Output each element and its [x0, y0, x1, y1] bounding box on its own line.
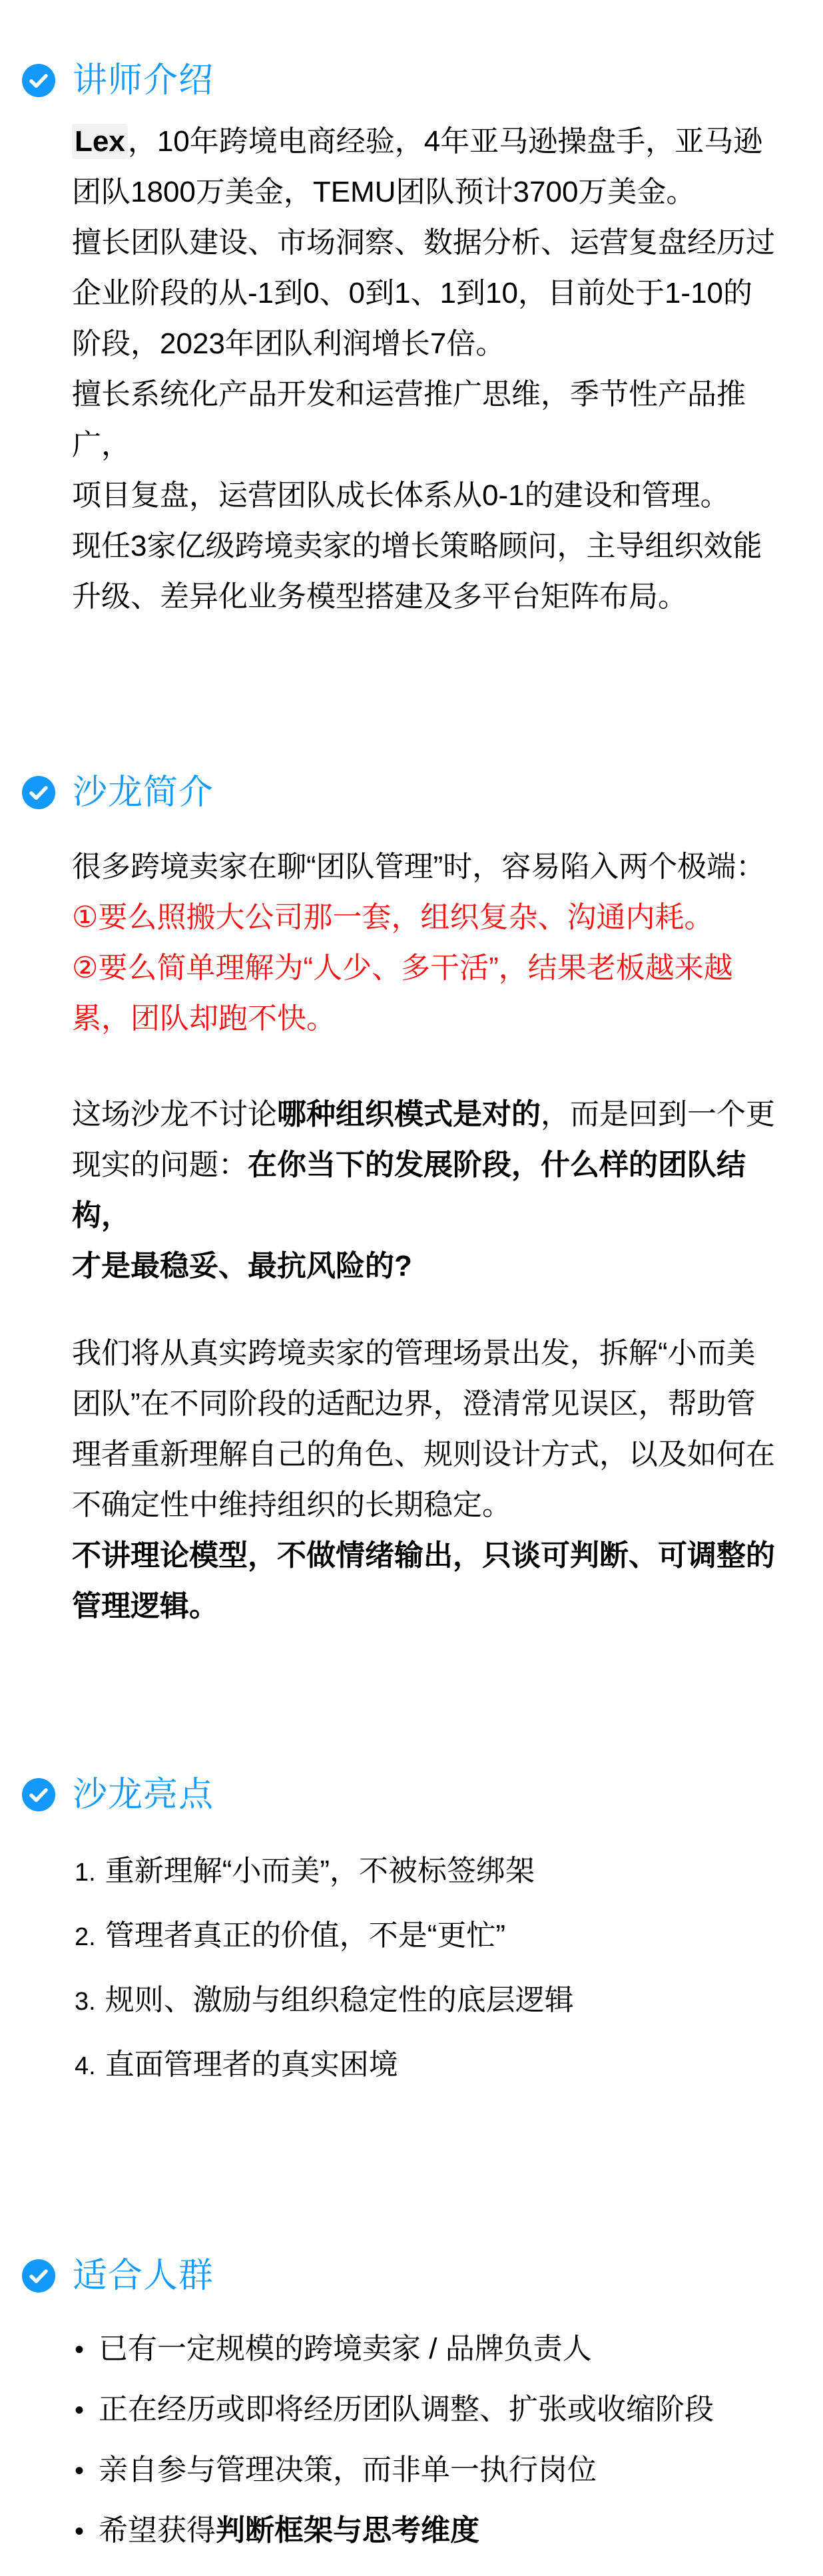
section-title: 讲师介绍 [73, 55, 214, 106]
list-item-text: 亲自参与管理决策，而非单一执行岗位 [99, 2445, 597, 2495]
list-item: •正在经历或即将经历团队调整、扩张或收缩阶段 [75, 2384, 796, 2436]
text-run: 累，团队却跑不快。 [72, 1002, 336, 1035]
text-run: 规则、激励与组织稳定性的底层逻辑 [105, 1984, 574, 2016]
text-run: 不确定性中维持组织的长期稳定。 [72, 1489, 511, 1521]
section-lecturer-intro: 讲师介绍 Lex，10年跨境电商经验，4年亚马逊操盘手，亚马逊团队1800万美金… [22, 55, 796, 622]
section-target-audience: 适合人群 •已有一定规模的跨境卖家 / 品牌负责人•正在经历或即将经历团队调整、… [22, 2251, 796, 2557]
list-item-text: 直面管理者的真实困境 [105, 2040, 398, 2090]
list-item: •亲自参与管理决策，而非单一执行岗位 [75, 2445, 796, 2496]
section-body: •已有一定规模的跨境卖家 / 品牌负责人•正在经历或即将经历团队调整、扩张或收缩… [72, 2324, 796, 2557]
text-run: ，而是回到一个更 [541, 1098, 775, 1131]
text-run: 理者重新理解自己的角色、规则设计方式，以及如何在 [72, 1438, 775, 1471]
section-heading-row: 讲师介绍 [22, 55, 796, 106]
text-run: ，10年跨境电商经验，4年亚马逊操盘手，亚马逊 [128, 125, 762, 158]
bullet-marker: • [75, 2506, 84, 2557]
list-item: •已有一定规模的跨境卖家 / 品牌负责人 [75, 2324, 796, 2375]
section-heading-row: 沙龙简介 [22, 767, 796, 818]
check-circle-icon [22, 776, 55, 809]
paragraph: 我们将从真实跨境卖家的管理场景出发，拆解“小而美团队”在不同阶段的适配边界，澄清… [72, 1328, 796, 1632]
paragraph: Lex，10年跨境电商经验，4年亚马逊操盘手，亚马逊团队1800万美金，TEMU… [72, 116, 796, 622]
section-title: 沙龙简介 [73, 767, 214, 818]
list-item-text: 规则、激励与组织稳定性的底层逻辑 [105, 1975, 574, 2026]
text-run: 管理逻辑。 [72, 1590, 218, 1622]
text-run: 直面管理者的真实困境 [105, 2048, 398, 2081]
list-number-marker: 4. [75, 2041, 96, 2092]
text-run: 团队”在不同阶段的适配边界，澄清常见误区，帮助管 [72, 1387, 756, 1420]
text-run: 企业阶段的从-1到0、0到1、1到10，目前处于1-10的 [72, 277, 752, 309]
text-run: 很多跨境卖家在聊“团队管理”时，容易陷入两个极端： [72, 850, 765, 883]
check-circle-icon [22, 1778, 55, 1811]
ordered-list: 1.重新理解“小而美”，不被标签绑架2.管理者真正的价值，不是“更忙”3.规则、… [75, 1846, 796, 2092]
text-run: 不讲理论模型，不做情绪输出，只谈可判断、可调整的 [72, 1539, 775, 1572]
text-run: 亲自参与管理决策，而非单一执行岗位 [99, 2454, 597, 2486]
check-circle-icon [22, 64, 55, 97]
text-run: 哪种组织模式是对的 [277, 1098, 541, 1131]
list-number-marker: 3. [75, 1976, 96, 2027]
text-run: 希望获得 [99, 2514, 216, 2547]
check-circle-icon [22, 2259, 55, 2293]
text-run: 团队1800万美金，TEMU团队预计3700万美金。 [72, 176, 695, 208]
list-item-text: 正在经历或即将经历团队调整、扩张或收缩阶段 [99, 2384, 714, 2435]
section-heading-row: 适合人群 [22, 2251, 796, 2301]
section-salon-highlights: 沙龙亮点 1.重新理解“小而美”，不被标签绑架2.管理者真正的价值，不是“更忙”… [22, 1769, 796, 2092]
text-run: Lex [72, 124, 128, 159]
list-item: 4.直面管理者的真实困境 [75, 2040, 796, 2092]
bullet-marker: • [75, 2446, 84, 2496]
text-run: 正在经历或即将经历团队调整、扩张或收缩阶段 [99, 2393, 714, 2426]
bullet-marker: • [75, 2385, 84, 2436]
bullet-marker: • [75, 2324, 84, 2375]
text-run: 判断框架与思考维度 [216, 2514, 479, 2547]
list-item: 2.管理者真正的价值，不是“更忙” [75, 1911, 796, 1962]
text-run: ②要么简单理解为“人少、多干活”，结果老板越来越 [72, 952, 733, 984]
paragraph: 这场沙龙不讨论哪种组织模式是对的，而是回到一个更现实的问题：在你当下的发展阶段，… [72, 1089, 796, 1292]
text-run: 升级、差异化业务模型搭建及多平台矩阵布局。 [72, 580, 687, 613]
list-item: 1.重新理解“小而美”，不被标签绑架 [75, 1846, 796, 1898]
list-number-marker: 1. [75, 1847, 96, 1898]
list-item-text: 希望获得判断框架与思考维度 [99, 2505, 479, 2556]
text-run: 项目复盘，运营团队成长体系从0-1的建设和管理。 [72, 479, 730, 512]
section-body: Lex，10年跨境电商经验，4年亚马逊操盘手，亚马逊团队1800万美金，TEMU… [72, 116, 796, 622]
list-number-marker: 2. [75, 1912, 96, 1962]
section-heading-row: 沙龙亮点 [22, 1769, 796, 1820]
section-body: 1.重新理解“小而美”，不被标签绑架2.管理者真正的价值，不是“更忙”3.规则、… [72, 1846, 796, 2092]
list-item-text: 重新理解“小而美”，不被标签绑架 [105, 1846, 535, 1897]
text-run: 阶段，2023年团队利润增长7倍。 [72, 327, 505, 360]
section-title: 沙龙亮点 [73, 1769, 214, 1820]
section-salon-intro: 沙龙简介 很多跨境卖家在聊“团队管理”时，容易陷入两个极端：①要么照搬大公司那一… [22, 767, 796, 1632]
text-run: 现实的问题： [72, 1149, 248, 1181]
text-run: 管理者真正的价值，不是“更忙” [105, 1919, 505, 1952]
text-run: ①要么照搬大公司那一套，组织复杂、沟通内耗。 [72, 901, 713, 934]
text-run: 擅长团队建设、市场洞察、数据分析、运营复盘经历过 [72, 226, 775, 259]
text-run: 这场沙龙不讨论 [72, 1098, 277, 1131]
text-run: 现任3家亿级跨境卖家的增长策略顾问，主导组织效能 [72, 530, 762, 562]
text-run: 擅长系统化产品开发和运营推广思维，季节性产品推广， [72, 378, 746, 461]
section-body: 很多跨境卖家在聊“团队管理”时，容易陷入两个极端：①要么照搬大公司那一套，组织复… [72, 842, 796, 1632]
list-item: 3.规则、激励与组织稳定性的底层逻辑 [75, 1975, 796, 2027]
paragraph: 很多跨境卖家在聊“团队管理”时，容易陷入两个极端：①要么照搬大公司那一套，组织复… [72, 842, 796, 1044]
text-run: 重新理解“小而美”，不被标签绑架 [105, 1855, 535, 1887]
section-title: 适合人群 [73, 2251, 214, 2301]
text-run: 才是最稳妥、最抗风险的? [72, 1250, 412, 1282]
list-item-text: 管理者真正的价值，不是“更忙” [105, 1911, 505, 1961]
article-page: { "colors":{ "accent":"#1299FA", "red":"… [0, 0, 823, 2576]
text-run: 已有一定规模的跨境卖家 / 品牌负责人 [99, 2332, 592, 2365]
bullet-list: •已有一定规模的跨境卖家 / 品牌负责人•正在经历或即将经历团队调整、扩张或收缩… [75, 2324, 796, 2557]
list-item: •希望获得判断框架与思考维度 [75, 2505, 796, 2557]
text-run: 我们将从真实跨境卖家的管理场景出发，拆解“小而美 [72, 1337, 756, 1370]
list-item-text: 已有一定规模的跨境卖家 / 品牌负责人 [99, 2324, 592, 2374]
